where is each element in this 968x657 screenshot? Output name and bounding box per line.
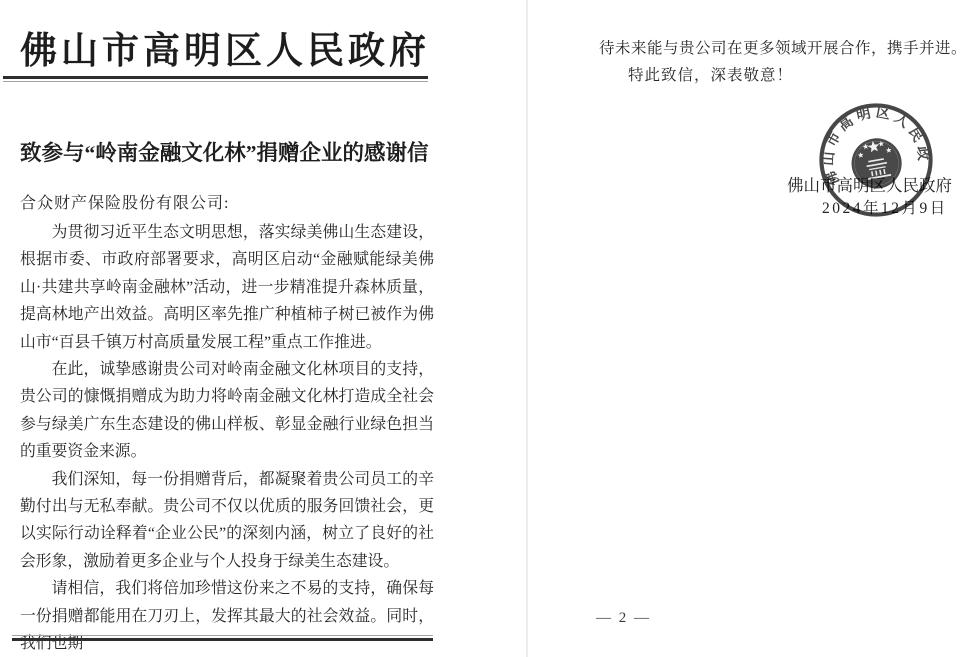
page-fold-divider [526,0,528,657]
footer-double-rule [12,635,433,641]
national-emblem-icon [848,134,906,192]
scanned-letter-spread: 佛山市高明区人民政府 致参与“岭南金融文化林”捐赠企业的感谢信 合众财产保险股份… [0,0,968,657]
closing-line: 特此致信，深表敬意！ [628,63,793,85]
salutation: 合众财产保险股份有限公司: [20,190,229,213]
letter-title: 致参与“岭南金融文化林”捐赠企业的感谢信 [20,136,435,167]
paragraph-4: 请相信，我们将倍加珍惜这份来之不易的支持，确保每一份捐赠都能用在刀刃上，发挥其最… [20,575,434,657]
page-number: — 2 — [596,610,651,627]
letter-body: 为贯彻习近平生态文明思想，落实绿美佛山生态建设，根据市委、市政府部署要求，高明区… [20,219,434,657]
paragraph-2: 在此，诚挚感谢贵公司对岭南金融文化林项目的支持，贵公司的慷慨捐赠成为助力将岭南金… [20,356,434,466]
official-seal-stamp-icon: 佛山市高明区人民政府 [808,92,945,229]
letterhead-title: 佛山市高明区人民政府 [20,20,440,74]
paragraph-1: 为贯彻习近平生态文明思想，落实绿美佛山生态建设，根据市委、市政府部署要求，高明区… [20,219,434,356]
letterhead-double-rule [3,76,428,82]
paragraph-3: 我们深知，每一份捐赠背后，都凝聚着贵公司员工的辛勤付出与无私奉献。贵公司不仅以优… [20,466,434,576]
continuation-line: 待未来能与贵公司在更多领域开展合作，携手并进。 [599,36,967,58]
